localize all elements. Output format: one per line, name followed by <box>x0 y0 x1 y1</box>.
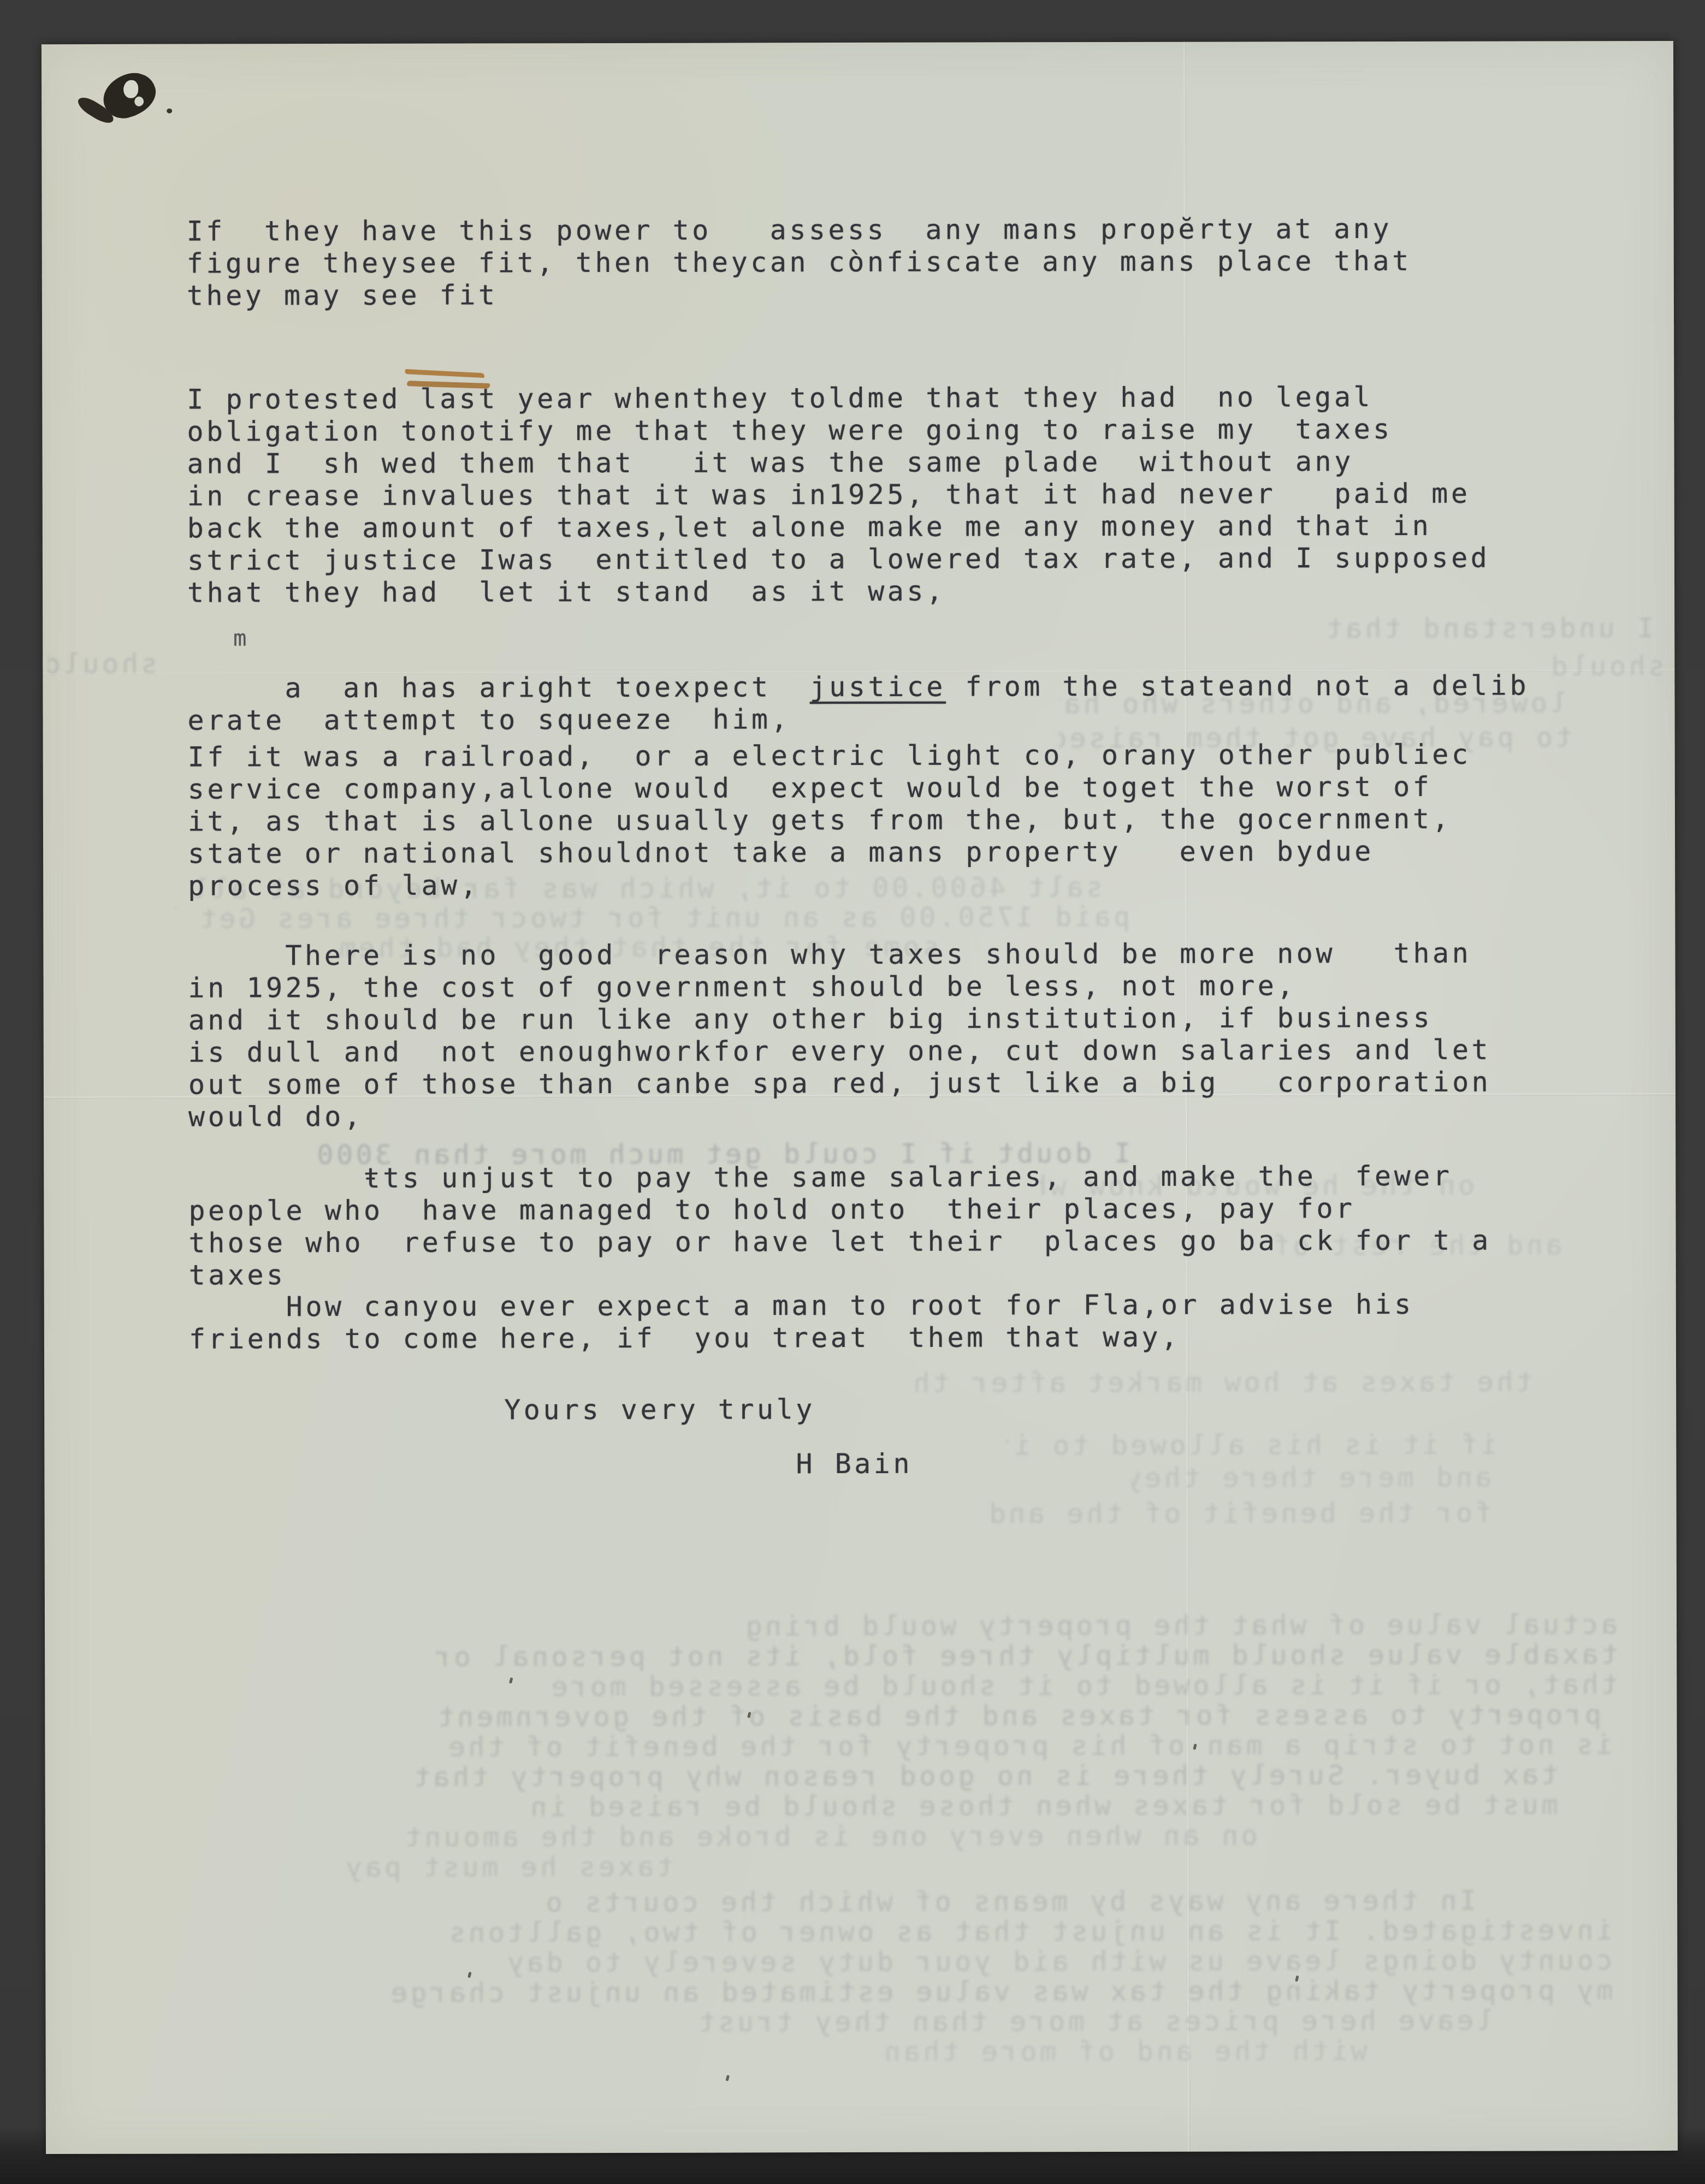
bleed-through-line: is not to strip a man of his property fo… <box>181 1729 1612 1762</box>
bleed-through-line: should <box>48 649 157 679</box>
bleed-through-layer: I understand that some taxed people Have… <box>42 41 1673 44</box>
letter-paragraph-5: There is no good reason why taxes should… <box>188 937 1491 1133</box>
letter-paragraph-4: If it was a railroad, or a electric ligh… <box>188 739 1471 903</box>
bleed-through-line: taxes he must pay <box>182 1851 673 1883</box>
bleed-through-line: leave here prices at more than they trus… <box>182 2005 1493 2039</box>
bleed-through-line: my property taking the tax was value est… <box>182 1975 1613 2008</box>
bleed-through-line: on an when every one is broke and the am… <box>384 1820 1258 1852</box>
letter-paragraph-1: If they have this power to assess any ma… <box>187 213 1412 312</box>
bleed-through-line: taxable value should multiply three fold… <box>220 1639 1618 1672</box>
letter-paper: I understand that some taxed people Have… <box>42 41 1678 2154</box>
p3-text-before-underline: a an has aright toexpect <box>265 671 810 704</box>
letter-paragraph-7: How canyou ever expect a man to root for… <box>189 1289 1414 1356</box>
paper-speck <box>726 2075 730 2081</box>
overtyped-correction-m: m <box>233 622 246 655</box>
bleed-through-line: tax buyer. Surely there is no good reaso… <box>275 1759 1558 1793</box>
bleed-through-line: if it is his allowed to it and <box>1005 1429 1497 1461</box>
bleed-through-line: that, or if it is allowed to it should b… <box>220 1669 1618 1702</box>
letter-paragraph-2: I protested last year whenthey toldme th… <box>187 381 1490 609</box>
bleed-through-line: should <box>1550 651 1665 681</box>
bleed-through-line: must be sold for taxes when those should… <box>220 1789 1558 1823</box>
bleed-through-line: and mere there they <box>1131 1462 1491 1493</box>
ink-speck <box>167 109 172 114</box>
ink-blot-hole <box>134 97 144 106</box>
bleed-through-line: for the benefit of the and <box>820 1498 1492 1530</box>
scanned-letter-page: { "document": { "kind": "typewritten let… <box>0 0 1705 2184</box>
bleed-through-line: In there any ways by means of which the … <box>548 1885 1476 1918</box>
letter-closing: Yours very truly <box>504 1393 815 1426</box>
bleed-through-line: with the and of more than <box>275 2035 1367 2068</box>
bleed-through-line: the taxes at how market after the <box>915 1366 1532 1398</box>
ink-blot-hole <box>123 80 138 98</box>
bleed-through-line: county doings leave us with aid your dut… <box>182 1945 1613 1978</box>
bleed-through-line: paid 1750.00 as an unit for twocr three … <box>174 901 1130 934</box>
letter-signature: H Bain <box>796 1448 913 1480</box>
rust-smudge <box>405 369 484 378</box>
underlined-word-justice: justice <box>810 671 946 703</box>
speck-layer <box>42 41 1673 44</box>
bleed-through-line: property to assess for taxes and the bas… <box>236 1699 1601 1732</box>
bleed-through-line: actual value of what the property would … <box>656 1609 1618 1642</box>
bleed-through-line: investigated. It is an unjust that as ow… <box>182 1915 1613 1948</box>
letter-paragraph-6: ŧts unjust to pay the same salaries, and… <box>188 1160 1491 1292</box>
